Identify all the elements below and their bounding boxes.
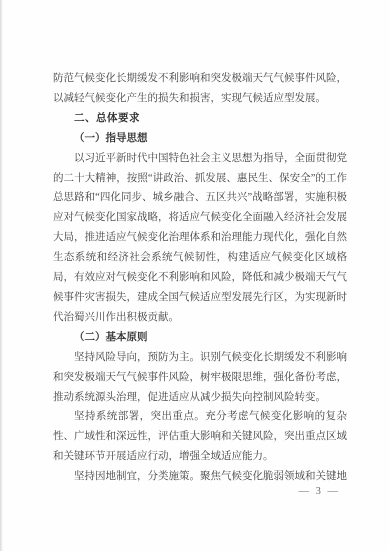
paragraph-guiding-ideology: 以习近平新时代中国特色社会主义思想为指导，全面贯彻党的二十大精神，按照“讲政治、… [53, 149, 347, 328]
subsection-heading-guiding-ideology: （一）指导思想 [53, 129, 347, 149]
paragraph-principle-local-conditions: 坚持因地制宜，分类施策。聚焦气候变化脆弱领域和关键地 [53, 467, 347, 487]
document-page: 防范气候变化长期缓发不利影响和突发极端天气气候事件风险，以减轻气候变化产生的损失… [0, 0, 390, 551]
subsection-heading-basic-principles: （二）基本原则 [53, 328, 347, 348]
paragraph-principle-risk-orientation: 坚持风险导向，预防为主。识别气候变化长期缓发不利影响和突发极端天气气候事件风险，… [53, 348, 347, 408]
section-heading-overall-requirements: 二、总体要求 [53, 109, 347, 129]
paragraph-continuation: 防范气候变化长期缓发不利影响和突发极端天气气候事件风险，以减轻气候变化产生的损失… [53, 69, 347, 109]
page-number: — 3 — [299, 486, 341, 497]
paragraph-principle-systematic-deployment: 坚持系统部署，突出重点。充分考虑气候变化影响的复杂性、广域性和深远性，评估重大影… [53, 407, 347, 467]
document-content: 防范气候变化长期缓发不利影响和突发极端天气气候事件风险，以减轻气候变化产生的损失… [53, 69, 347, 487]
